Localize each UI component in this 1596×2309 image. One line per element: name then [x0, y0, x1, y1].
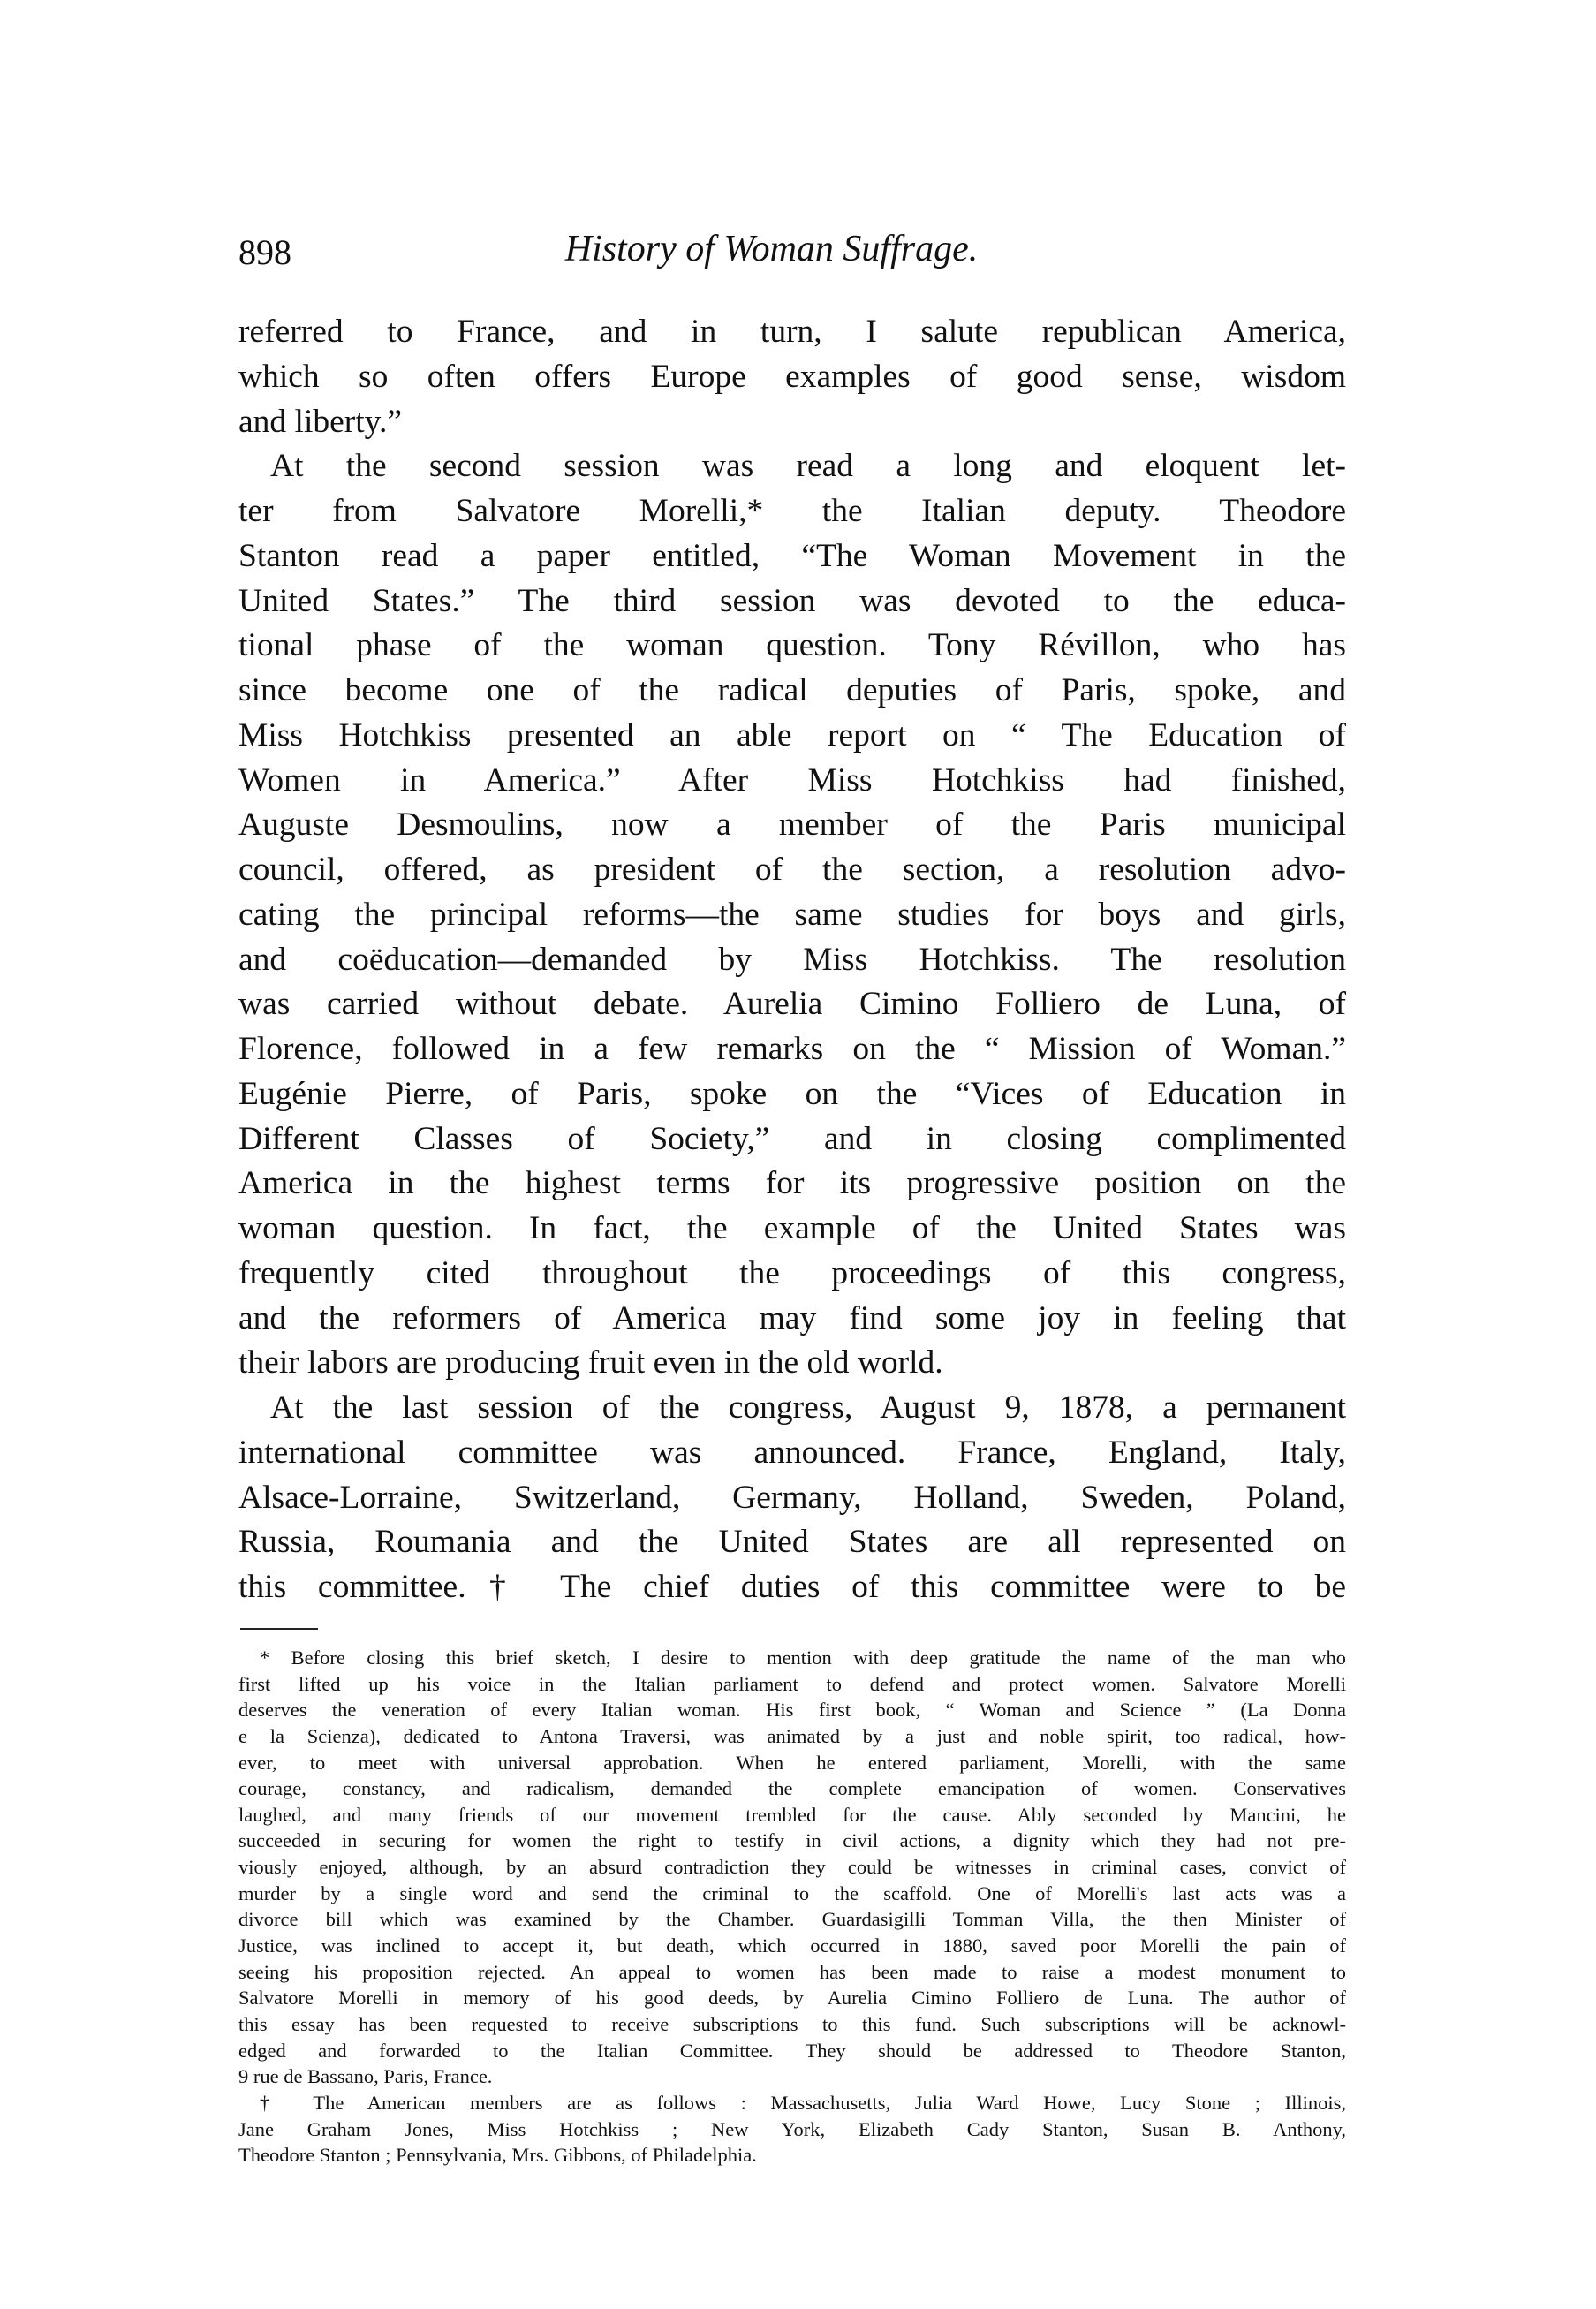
footnotes: * Before closing this brief sketch, I de… — [238, 1645, 1346, 2169]
footnote-line: first lifted up his voice in the Italian… — [238, 1671, 1346, 1698]
body-line: and liberty.” — [238, 400, 1346, 445]
body-line: At the last session of the congress, Aug… — [238, 1386, 1346, 1431]
footnote-line: divorce bill which was examined by the C… — [238, 1906, 1346, 1933]
footnote-line: edged and forwarded to the Italian Commi… — [238, 2038, 1346, 2064]
footnote-line: this essay has been requested to receive… — [238, 2011, 1346, 2038]
body-line: tional phase of the woman question. Tony… — [238, 624, 1346, 669]
footnote-line: 9 rue de Bassano, Paris, France. — [238, 2063, 1346, 2090]
body-line: Auguste Desmoulins, now a member of the … — [238, 803, 1346, 848]
body-line: and coëducation—demanded by Miss Hotchki… — [238, 938, 1346, 983]
footnote-divider — [240, 1628, 318, 1630]
body-line: international committee was announced. F… — [238, 1431, 1346, 1476]
body-line: frequently cited throughout the proceedi… — [238, 1252, 1346, 1297]
body-line: this committee.† The chief duties of thi… — [238, 1565, 1346, 1610]
body-line: Eugénie Pierre, of Paris, spoke on the “… — [238, 1072, 1346, 1117]
body-line: Russia, Roumania and the United States a… — [238, 1520, 1346, 1565]
footnote-line: courage, constancy, and radicalism, dema… — [238, 1775, 1346, 1802]
body-line: Women in America.” After Miss Hotchkiss … — [238, 759, 1346, 804]
body-line: Miss Hotchkiss presented an able report … — [238, 714, 1346, 759]
body-line: Stanton read a paper entitled, “The Woma… — [238, 534, 1346, 579]
footnote-line: seeing his proposition rejected. An appe… — [238, 1959, 1346, 1986]
footnote-line: murder by a single word and send the cri… — [238, 1881, 1346, 1907]
footnote-line: deserves the veneration of every Italian… — [238, 1697, 1346, 1723]
body-line: and the reformers of America may find so… — [238, 1297, 1346, 1342]
body-line: cating the principal reforms—the same st… — [238, 893, 1346, 938]
footnote-line: † The American members are as follows : … — [238, 2090, 1346, 2116]
footnote-line: ever, to meet with universal approbation… — [238, 1750, 1346, 1776]
footnote-line: laughed, and many friends of our movemen… — [238, 1802, 1346, 1828]
body-line: America in the highest terms for its pro… — [238, 1162, 1346, 1207]
body-line: which so often offers Europe examples of… — [238, 355, 1346, 400]
footnote-line: Justice, was inclined to accept it, but … — [238, 1933, 1346, 1959]
body-line: their labors are producing fruit even in… — [238, 1341, 1346, 1386]
footnote-line: * Before closing this brief sketch, I de… — [238, 1645, 1346, 1671]
body-line: woman question. In fact, the example of … — [238, 1207, 1346, 1252]
body-text: referred to France, and in turn, I salut… — [238, 310, 1346, 1610]
running-title: History of Woman Suffrage. — [0, 228, 1596, 270]
body-line: ter from Salvatore Morelli,* the Italian… — [238, 489, 1346, 534]
body-line: Florence, followed in a few remarks on t… — [238, 1027, 1346, 1072]
body-line: Alsace-Lorraine, Switzerland, Germany, H… — [238, 1476, 1346, 1521]
footnote-line: succeeded in securing for women the righ… — [238, 1828, 1346, 1854]
body-line: since become one of the radical deputies… — [238, 669, 1346, 714]
body-line: At the second session was read a long an… — [238, 444, 1346, 489]
body-line: Different Classes of Society,” and in cl… — [238, 1117, 1346, 1162]
body-line: was carried without debate. Aurelia Cimi… — [238, 982, 1346, 1027]
footnote-line: Jane Graham Jones, Miss Hotchkiss ; New … — [238, 2116, 1346, 2143]
body-line: council, offered, as president of the se… — [238, 848, 1346, 893]
footnote-line: viously enjoyed, although, by an absurd … — [238, 1854, 1346, 1881]
body-line: referred to France, and in turn, I salut… — [238, 310, 1346, 355]
body-line: United States.” The third session was de… — [238, 579, 1346, 625]
footnote-line: Salvatore Morelli in memory of his good … — [238, 1985, 1346, 2011]
footnote-line: e la Scienza), dedicated to Antona Trave… — [238, 1723, 1346, 1750]
footnote-line: Theodore Stanton ; Pennsylvania, Mrs. Gi… — [238, 2142, 1346, 2169]
